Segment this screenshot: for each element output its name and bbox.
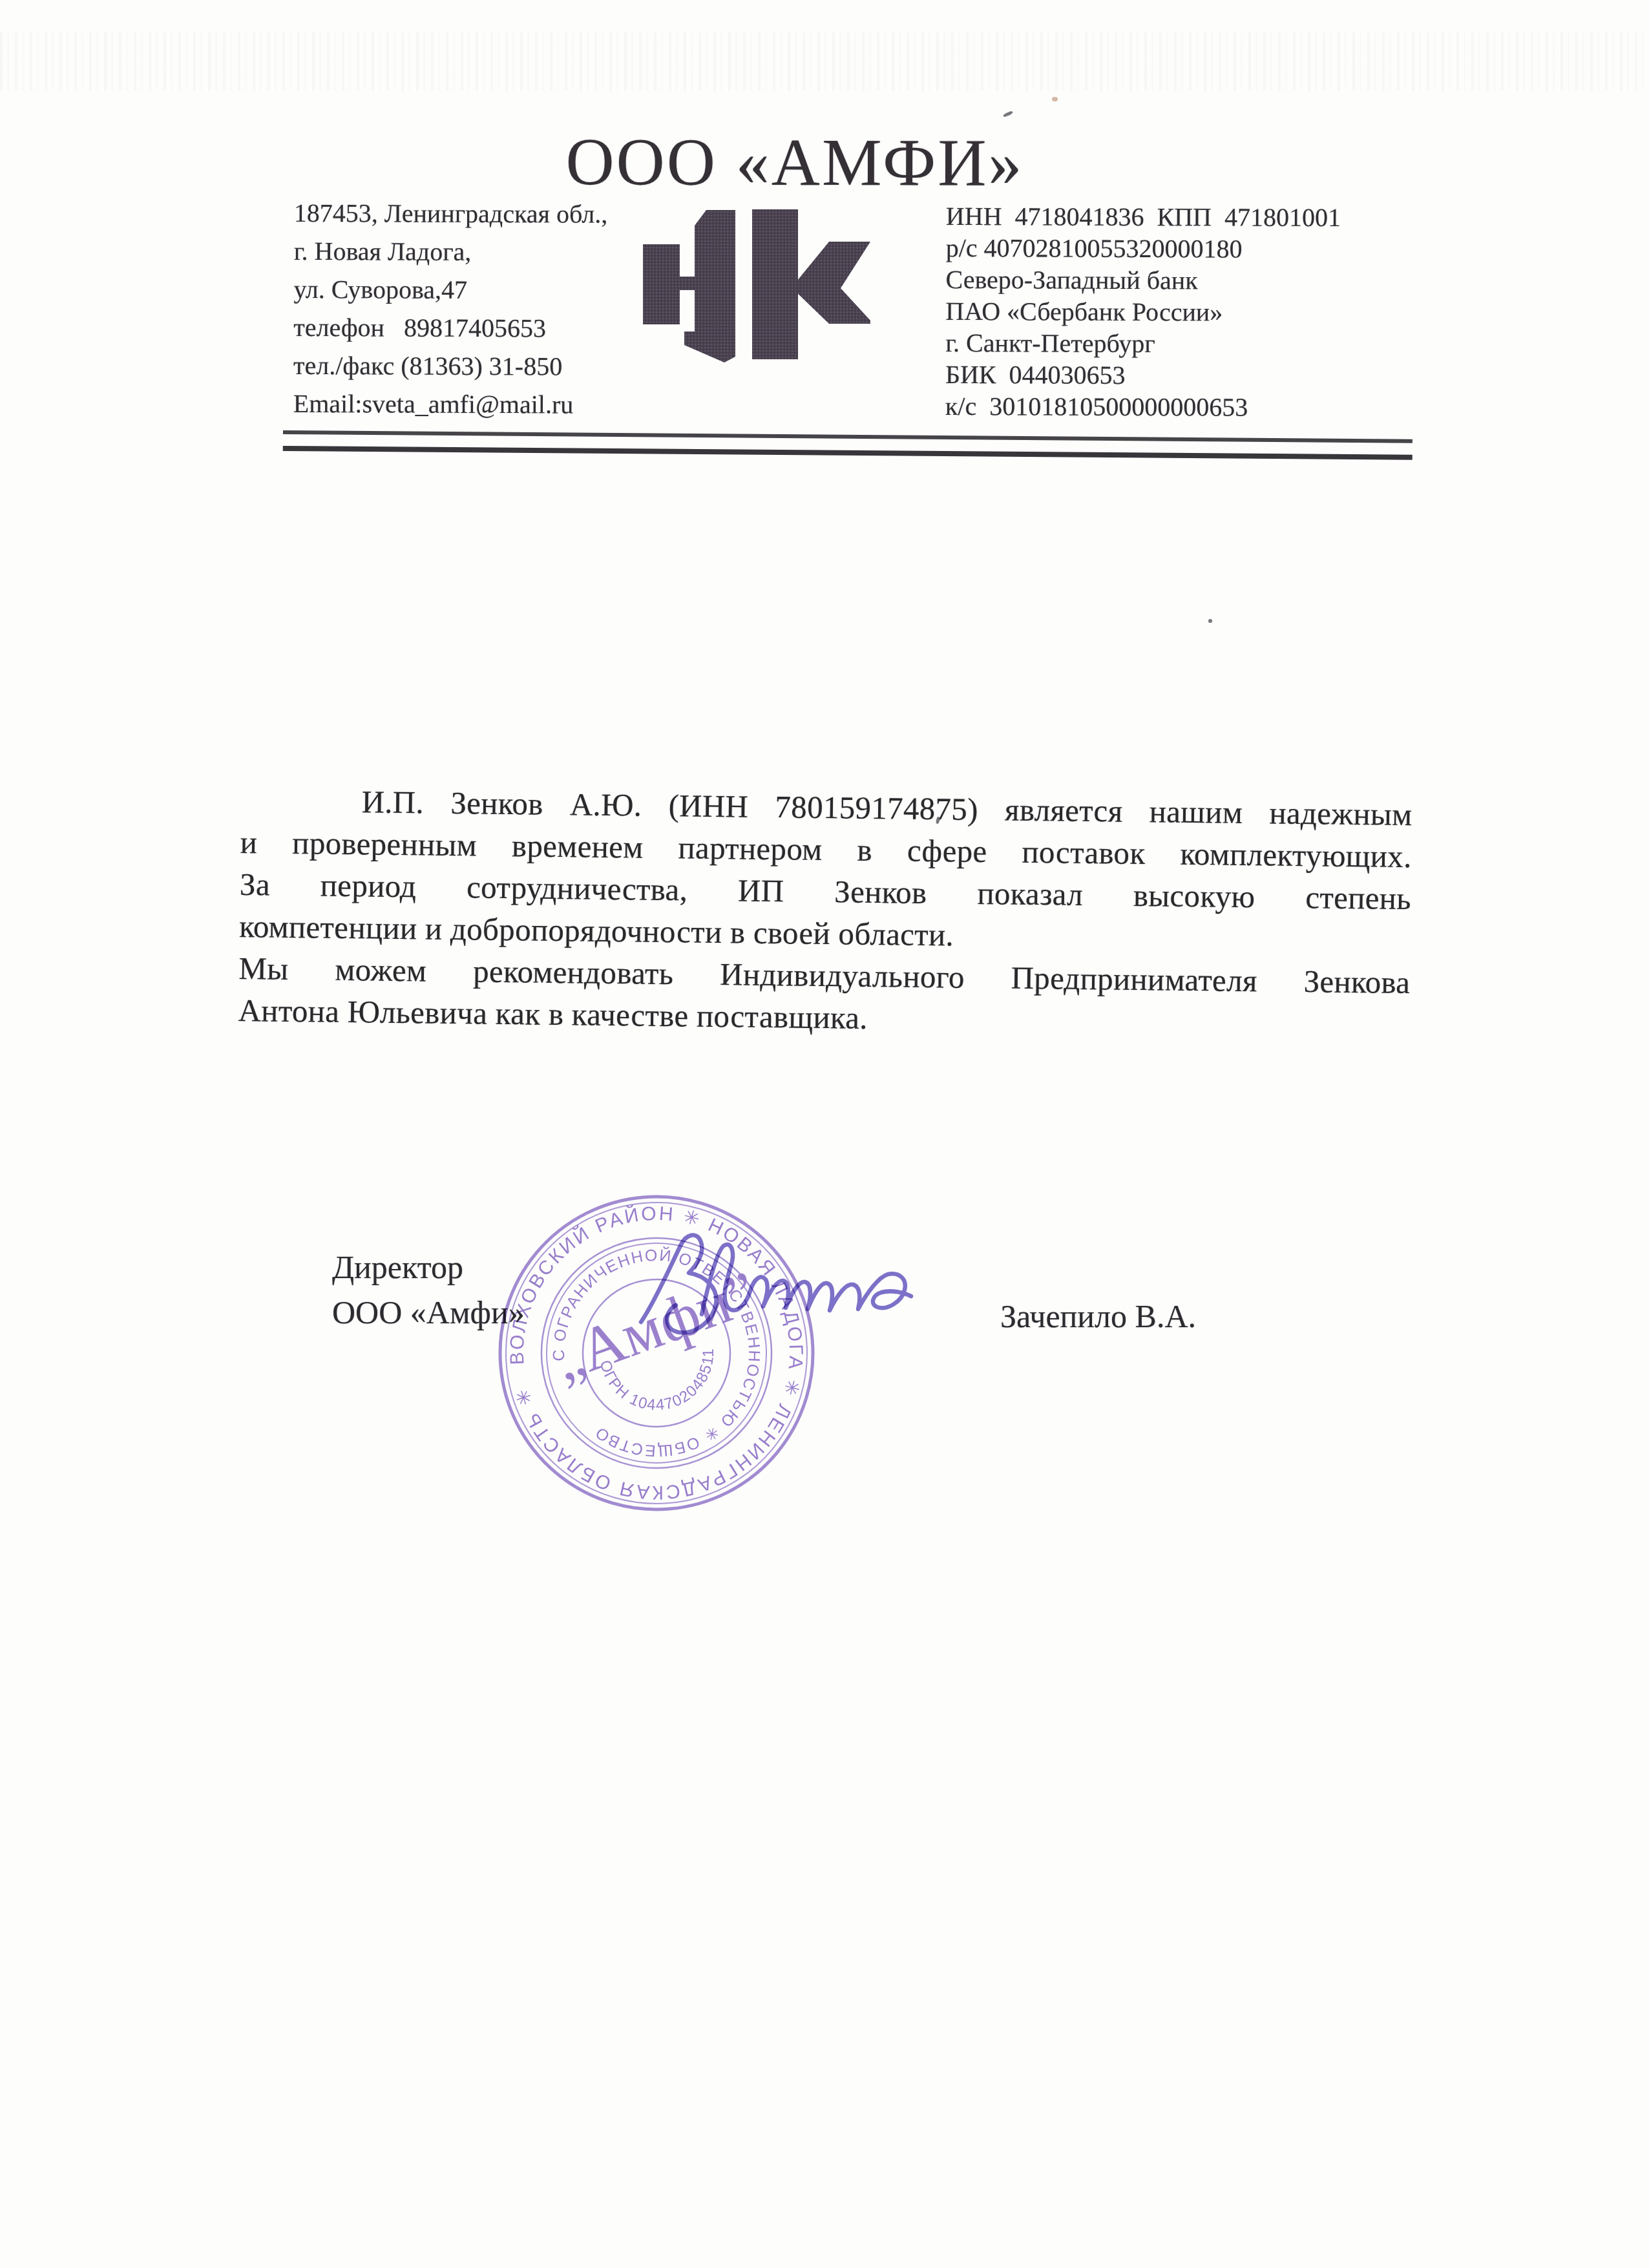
address-line: г. Новая Ладога, <box>294 232 608 271</box>
scanned-letter-page: ООО «АМФИ» 187453, Ленинградская обл.,г.… <box>0 0 1649 2268</box>
bank-detail-line: ПАО «Сбербанк России» <box>945 295 1340 328</box>
bank-detail-line: р/с 40702810055320000180 <box>946 232 1341 265</box>
scan-speck <box>1052 97 1058 101</box>
signature-stroke-initial <box>641 1235 717 1332</box>
scan-speck <box>1003 110 1014 118</box>
address-line: ул. Суворова,47 <box>293 270 607 310</box>
address-line: Email:sveta_amfi@mail.ru <box>293 384 607 424</box>
bank-detail-line: г. Санкт-Петербург <box>945 327 1340 360</box>
bank-detail-line: ИНН 4718041836 КПП 471801001 <box>946 200 1341 233</box>
letterhead-address-block: 187453, Ленинградская обл.,г. Новая Ладо… <box>293 194 608 424</box>
letter-body: И.П. Зенков А.Ю. (ИНН 780159174875) явля… <box>238 779 1413 1045</box>
logo-left-bar <box>643 244 680 324</box>
logo-k-chevron <box>792 242 870 324</box>
bank-detail-line: к/с 30101810500000000653 <box>945 390 1340 423</box>
scan-speck <box>1208 619 1212 623</box>
signature-autograph <box>620 1202 956 1370</box>
letterhead-bank-block: ИНН 4718041836 КПП 471801001р/с 40702810… <box>945 200 1341 423</box>
logo-right-bar <box>752 209 798 359</box>
company-title: ООО «АМФИ» <box>452 126 1137 200</box>
company-logo-nk-icon <box>636 208 873 363</box>
bank-detail-line: Северо-Западный банк <box>945 264 1340 297</box>
signer-name: Зачепило В.А. <box>1000 1297 1196 1335</box>
address-line: 187453, Ленинградская обл., <box>294 194 608 233</box>
bank-detail-line: БИК 044030653 <box>945 359 1340 392</box>
address-line: тел./факс (81363) 31-850 <box>293 346 607 386</box>
address-line: телефон 89817405653 <box>293 308 607 348</box>
divider-line-thin <box>283 430 1413 443</box>
signature-stroke-scrawl <box>702 1244 911 1314</box>
divider-line-thick <box>283 446 1413 460</box>
letterhead-divider <box>283 429 1413 464</box>
scan-noise-band <box>0 32 1649 90</box>
